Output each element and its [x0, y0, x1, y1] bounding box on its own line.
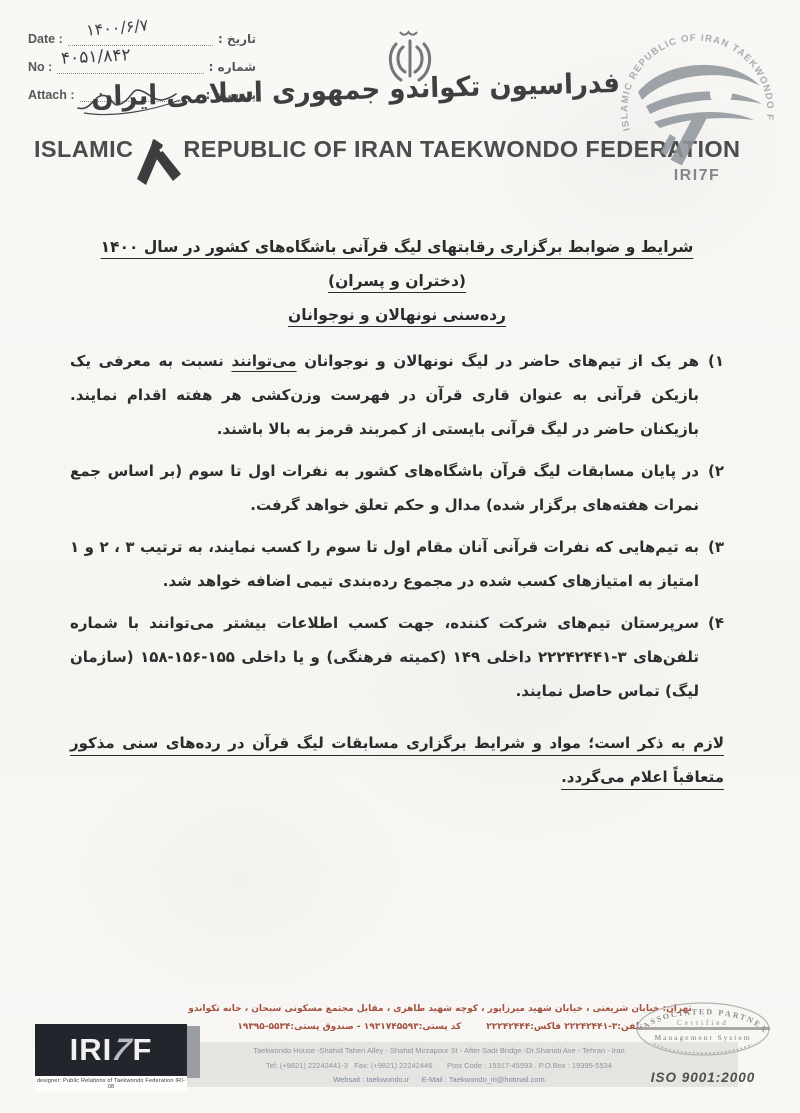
footer-fa-line2: تلفن:۳-۲۲۲۴۲۴۴۱ فاکس:۲۲۲۴۲۴۴۴ کد پستی:۱۹… [185, 1019, 695, 1037]
iso-management-text: Management System [654, 1033, 751, 1042]
iso-seal-oval: ASSOCIATED PARTNERS Certified Management… [628, 998, 778, 1060]
iso-bottom-arc [654, 1044, 752, 1053]
title-line1: شرایط و ضوابط برگزاری رقابتهای لیگ قرآنی… [101, 238, 694, 290]
attach-label-en: Attach : [28, 88, 75, 102]
iso-label: ISO 9001:2000 [622, 1070, 784, 1085]
item-number: ۱) [708, 344, 724, 446]
handwritten-number: ۴۰۵۱/۸۴۲ [61, 45, 132, 69]
scanned-letter-page: Date : ۱۴۰۰/۶/۷ تاریخ : No : ۴۰۵۱/۸۴۲ شم… [0, 0, 800, 1113]
list-item: ۴) سرپرستان تیم‌های شرکت کننده، جهت کسب … [70, 606, 724, 708]
footer-fa-line1: تهران: خیابان شریعتی ، خیابان شهید میرزا… [185, 1001, 695, 1019]
list-item: ۳) به تیم‌هایی که نفرات قرآنی آنان مقام … [70, 530, 724, 598]
numbered-list: ۱) هر یک از تیم‌های حاضر در لیگ نونهالان… [70, 344, 724, 708]
letter-title: شرایط و ضوابط برگزاری رقابتهای لیگ قرآنی… [70, 230, 724, 332]
iritf-logo-text-left: IRI [70, 1032, 113, 1068]
title-line2: رده‌سنی نونهالان و نوجوانان [288, 306, 506, 324]
item-text-underlined: می‌توانند [231, 352, 296, 370]
date-row: Date : ۱۴۰۰/۶/۷ تاریخ : [28, 32, 256, 46]
list-item: ۱) هر یک از تیم‌های حاضر در لیگ نونهالان… [70, 344, 724, 446]
seal-brush-void [710, 83, 732, 105]
letter-body: شرایط و ضوابط برگزاری رقابتهای لیگ قرآنی… [70, 230, 724, 794]
federation-name-part1: ISLAMIC [34, 136, 133, 162]
iritf-logo: IRI 7 F designer: Public Relations of Ta… [35, 1024, 187, 1091]
list-item: ۲) در پایان مسابقات لیگ قرآن باشگاه‌های … [70, 454, 724, 522]
date-label-en: Date : [28, 32, 63, 46]
number-label-fa: شماره : [209, 60, 256, 74]
svg-text:فدراسیون تکواندو جمهوری اسلامی: فدراسیون تکواندو جمهوری اسلامی ایران [608, 6, 612, 8]
item-number: ۴) [708, 606, 724, 708]
number-row: No : ۴۰۵۱/۸۴۲ شماره : [28, 60, 256, 74]
iritf-logo-box: IRI 7 F [35, 1024, 187, 1076]
iso-certification: ASSOCIATED PARTNERS Certified Management… [622, 998, 784, 1085]
federation-seal: ISLAMIC REPUBLIC OF IRAN TAEKWONDO FEDER… [608, 6, 786, 198]
item-text: در پایان مسابقات لیگ قرآن باشگاه‌های کشو… [70, 454, 699, 522]
handwritten-date: ۱۴۰۰/۶/۷ [85, 15, 149, 39]
number-label-en: No : [28, 60, 52, 74]
item-number: ۲) [708, 454, 724, 522]
iso-certified-text: Certified [677, 1019, 729, 1027]
seal-ring-text-fa: فدراسیون تکواندو جمهوری اسلامی ایران [608, 6, 612, 8]
item-text: هر یک از تیم‌های حاضر در لیگ نونهالان و … [70, 344, 699, 446]
federation-name-calligraphy: فدراسیون تکواندو جمهوری اسلامی ایران [200, 68, 621, 111]
item-text: سرپرستان تیم‌های شرکت کننده، جهت کسب اطل… [70, 606, 699, 708]
item-text: به تیم‌هایی که نفرات قرآنی آنان مقام اول… [70, 530, 699, 598]
footer-address-fa: تهران: خیابان شریعتی ، خیابان شهید میرزا… [185, 1001, 695, 1036]
number-dotted-line: ۴۰۵۱/۸۴۲ [57, 60, 203, 74]
iso-seal-band [636, 1027, 770, 1030]
seal-acronym: IRI7F [674, 167, 721, 184]
date-label-fa: تاریخ : [218, 32, 256, 46]
date-dotted-line: ۱۴۰۰/۶/۷ [68, 32, 213, 46]
closing-note: لازم به ذکر است؛ مواد و شرایط برگزاری مس… [70, 726, 724, 794]
iritf-logo-caption: designer: Public Relations of Taekwondo … [35, 1076, 187, 1091]
taekwondo-belt-emblem-icon [129, 129, 187, 187]
seal-brush-mark-icon [638, 65, 762, 168]
item-number: ۳) [708, 530, 724, 598]
item-text-segment: هر یک از تیم‌های حاضر در لیگ نونهالان و … [297, 352, 699, 370]
